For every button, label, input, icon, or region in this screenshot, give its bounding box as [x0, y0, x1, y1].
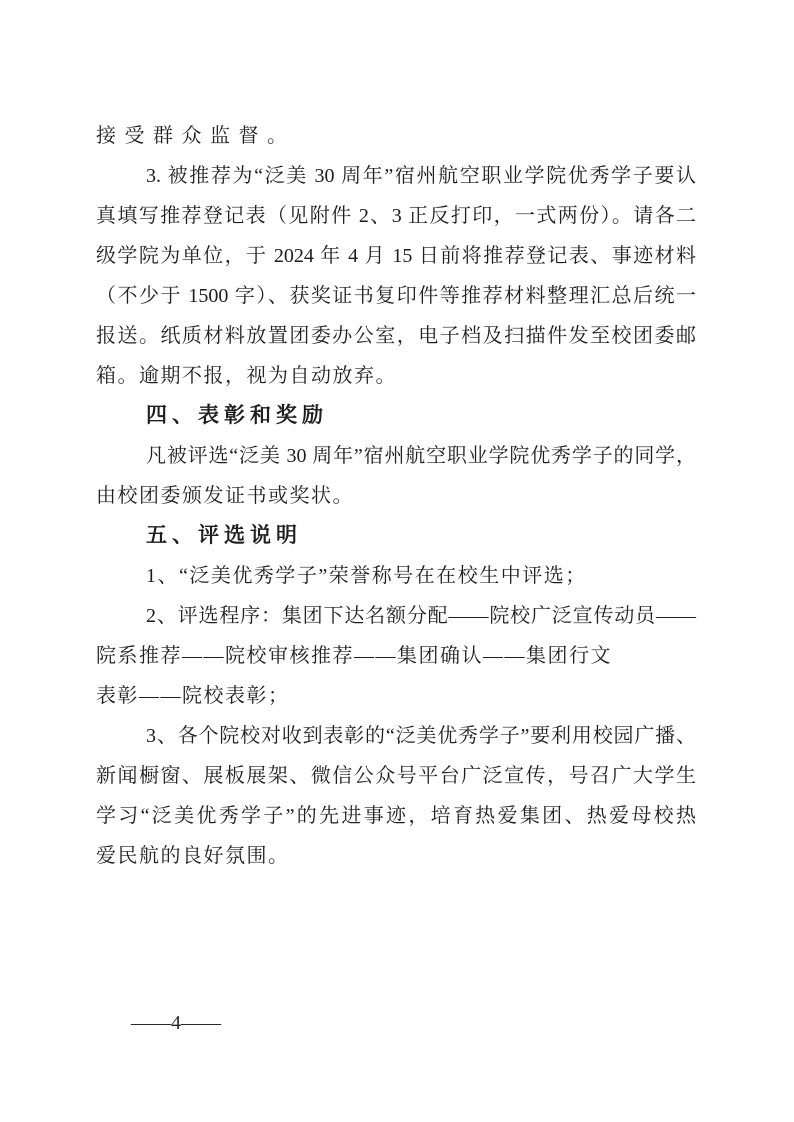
page-number: ——4——: [131, 1010, 221, 1036]
text-line: 接受群众监督。: [96, 116, 696, 156]
text-line: 3. 被推荐为“泛美 30 周年”宿州航空职业学院优秀学子要认: [96, 156, 696, 196]
text-line: 新闻橱窗、展板展架、微信公众号平台广泛宣传，号召广大学生: [96, 756, 696, 796]
text-line: 凡被评选“泛美 30 周年”宿州航空职业学院优秀学子的同学，: [96, 436, 696, 476]
section-heading: 五、评选说明: [96, 516, 696, 556]
text-line: 报送。纸质材料放置团委办公室，电子档及扫描件发至校团委邮: [96, 316, 696, 356]
text-line: 院系推荐——院校审核推荐——集团确认——集团行文: [96, 636, 696, 676]
text-line: 真填写推荐登记表（见附件 2、3 正反打印，一式两份）。请各二: [96, 196, 696, 236]
document-body: 接受群众监督。3. 被推荐为“泛美 30 周年”宿州航空职业学院优秀学子要认真填…: [96, 116, 696, 876]
text-line: （不少于 1500 字）、获奖证书复印件等推荐材料整理汇总后统一: [96, 276, 696, 316]
text-line: 2、评选程序：集团下达名额分配——院校广泛宣传动员——: [96, 596, 696, 636]
text-line: 爱民航的良好氛围。: [96, 836, 696, 876]
text-line: 3、各个院校对收到表彰的“泛美优秀学子”要利用校园广播、: [96, 716, 696, 756]
text-line: 箱。逾期不报，视为自动放弃。: [96, 356, 696, 396]
text-line: 学习“泛美优秀学子”的先进事迹，培育热爱集团、热爱母校热: [96, 796, 696, 836]
document-page: 接受群众监督。3. 被推荐为“泛美 30 周年”宿州航空职业学院优秀学子要认真填…: [0, 0, 794, 1122]
text-line: 由校团委颁发证书或奖状。: [96, 476, 696, 516]
text-line: 表彰——院校表彰；: [96, 676, 696, 716]
text-line: 1、“泛美优秀学子”荣誉称号在在校生中评选；: [96, 556, 696, 596]
section-heading: 四、表彰和奖励: [96, 396, 696, 436]
text-line: 级学院为单位，于 2024 年 4 月 15 日前将推荐登记表、事迹材料: [96, 236, 696, 276]
